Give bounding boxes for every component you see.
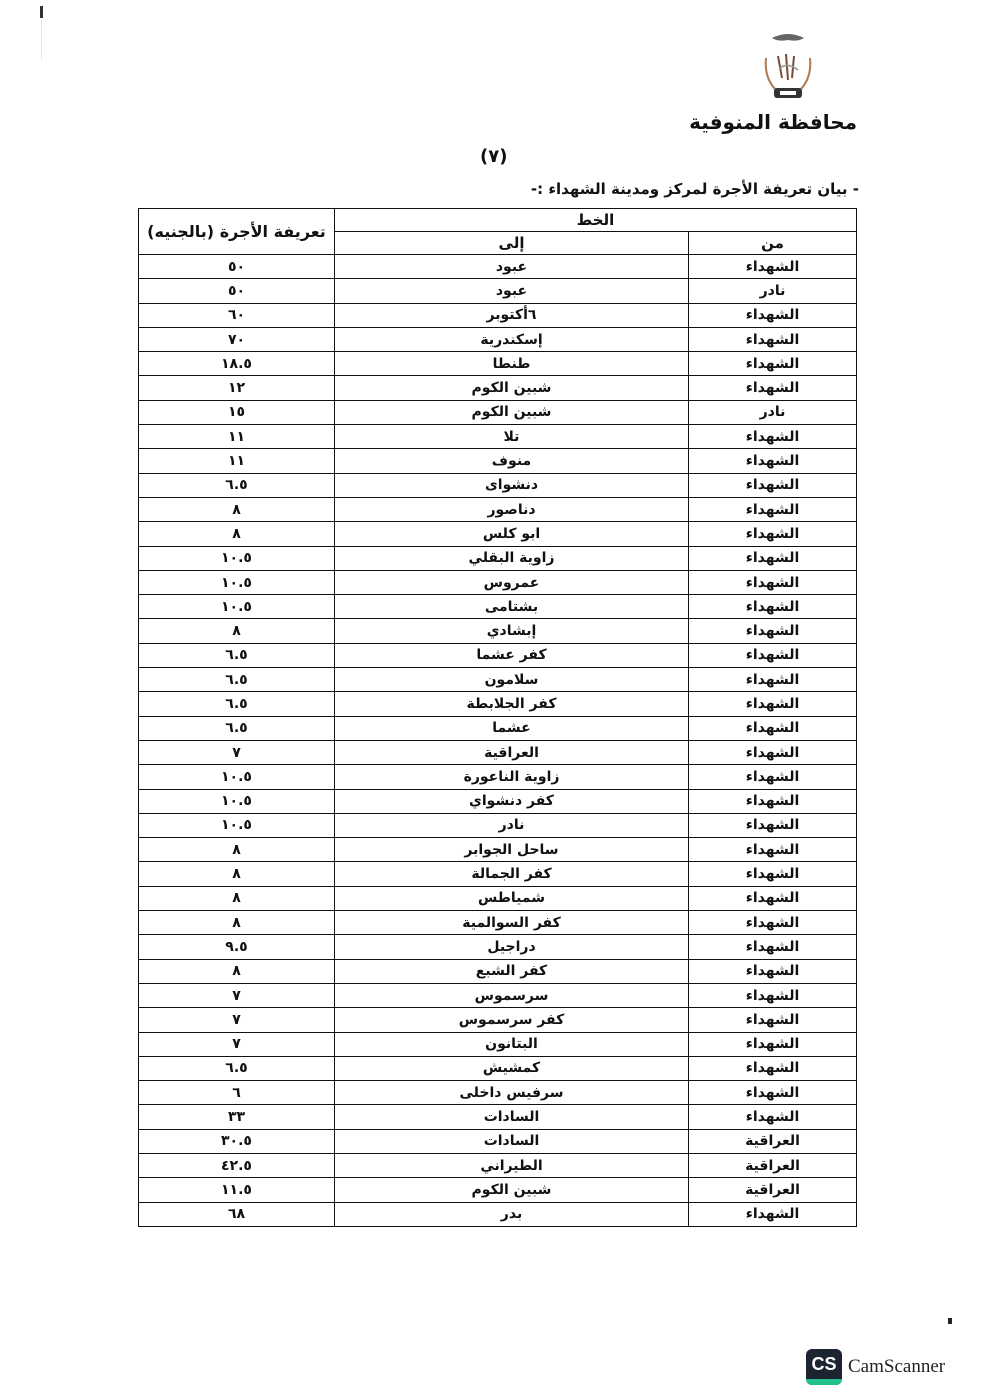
table-row: الشهداءالعراقية٧ [139, 740, 857, 764]
cell-fare: ٣٣ [139, 1105, 335, 1129]
cell-from: الشهداء [689, 838, 857, 862]
cell-fare: ٧ [139, 983, 335, 1007]
cell-to: منوف [335, 449, 689, 473]
cell-to: كفر الشبع [335, 959, 689, 983]
cell-to: سلامون [335, 668, 689, 692]
cell-to: كمشيش [335, 1056, 689, 1080]
table-row: الشهداءعشما٦.٥ [139, 716, 857, 740]
table-row: الشهداءكفر السوالمية٨ [139, 911, 857, 935]
cell-fare: ١٢ [139, 376, 335, 400]
table-row: الشهداءسرسموس٧ [139, 983, 857, 1007]
cell-from: الشهداء [689, 570, 857, 594]
cell-fare: ٧٠ [139, 327, 335, 351]
cell-fare: ٦.٥ [139, 1056, 335, 1080]
governorate-emblem-icon [758, 28, 818, 108]
cell-from: الشهداء [689, 352, 857, 376]
cell-to: إبشادي [335, 619, 689, 643]
page-number: (٧) [480, 146, 507, 167]
cell-from: الشهداء [689, 911, 857, 935]
table-row: الشهداءنادر١٠.٥ [139, 813, 857, 837]
cell-to: عمروس [335, 570, 689, 594]
cell-from: الشهداء [689, 983, 857, 1007]
table-row: الشهداءكفر عشما٦.٥ [139, 643, 857, 667]
cell-from: الشهداء [689, 668, 857, 692]
cell-from: الشهداء [689, 765, 857, 789]
cell-from: الشهداء [689, 473, 857, 497]
cell-fare: ٧ [139, 1008, 335, 1032]
cell-fare: ١٠.٥ [139, 546, 335, 570]
scan-edge-mark [948, 1318, 952, 1324]
scan-edge-mark [40, 6, 43, 18]
camscanner-name: CamScanner [848, 1356, 945, 1378]
cell-from: نادر [689, 400, 857, 424]
table-row: الشهداءعبود٥٠ [139, 255, 857, 279]
table-row: الشهداءسلامون٦.٥ [139, 668, 857, 692]
cell-to: البتانون [335, 1032, 689, 1056]
cell-to: كفر السوالمية [335, 911, 689, 935]
table-row: الشهداءساحل الجوابر٨ [139, 838, 857, 862]
cell-to: سرسموس [335, 983, 689, 1007]
cell-fare: ٥٠ [139, 279, 335, 303]
table-row: الشهداءمنوف١١ [139, 449, 857, 473]
cell-fare: ١١ [139, 449, 335, 473]
cell-fare: ٨ [139, 522, 335, 546]
cell-to: دراجيل [335, 935, 689, 959]
cell-fare: ٨ [139, 959, 335, 983]
table-row: الشهداءالسادات٣٣ [139, 1105, 857, 1129]
cell-to: عشما [335, 716, 689, 740]
cell-to: عبود [335, 279, 689, 303]
cell-to: ساحل الجوابر [335, 838, 689, 862]
table-row: الشهداءطنطا١٨.٥ [139, 352, 857, 376]
cell-fare: ٦٨ [139, 1202, 335, 1226]
table-row: الشهداءبشتامى١٠.٥ [139, 595, 857, 619]
cell-fare: ٦.٥ [139, 716, 335, 740]
cell-to: كفر الجمالة [335, 862, 689, 886]
table-row: الشهداءكفر الجلابطة٦.٥ [139, 692, 857, 716]
cell-fare: ٧ [139, 1032, 335, 1056]
cell-to: شبين الكوم [335, 400, 689, 424]
cell-from: العراقية [689, 1153, 857, 1177]
table-row: الشهداءبدر٦٨ [139, 1202, 857, 1226]
cell-fare: ١٠.٥ [139, 570, 335, 594]
cell-from: الشهداء [689, 959, 857, 983]
cell-fare: ٨ [139, 497, 335, 521]
table-row: الشهداءشبين الكوم١٢ [139, 376, 857, 400]
cell-from: الشهداء [689, 740, 857, 764]
cell-to: شبين الكوم [335, 1178, 689, 1202]
table-row: الشهداءعمروس١٠.٥ [139, 570, 857, 594]
cell-from: الشهداء [689, 1008, 857, 1032]
header-to: إلى [335, 232, 689, 255]
cell-from: الشهداء [689, 1056, 857, 1080]
cell-fare: ٥٠ [139, 255, 335, 279]
table-row: الشهداءكفر الجمالة٨ [139, 862, 857, 886]
table-row: العراقيةشبين الكوم١١.٥ [139, 1178, 857, 1202]
table-row: الشهداءسرفيس داخلى٦ [139, 1081, 857, 1105]
table-body: الشهداءعبود٥٠نادرعبود٥٠الشهداء٦أكتوبر٦٠ا… [139, 255, 857, 1227]
cell-fare: ٣٠.٥ [139, 1129, 335, 1153]
cell-from: الشهداء [689, 862, 857, 886]
cell-from: الشهداء [689, 522, 857, 546]
cell-from: الشهداء [689, 692, 857, 716]
cell-to: كفر عشما [335, 643, 689, 667]
cell-to: بدر [335, 1202, 689, 1226]
cell-fare: ١٠.٥ [139, 789, 335, 813]
document-heading: - بيان تعريفة الأجرة لمركز ومدينة الشهدا… [531, 180, 859, 198]
fare-table: الخط تعريفة الأجرة (بالجنيه) من إلى الشه… [138, 208, 857, 1227]
cell-to: العراقية [335, 740, 689, 764]
cell-fare: ١١.٥ [139, 1178, 335, 1202]
cell-to: عبود [335, 255, 689, 279]
table-row: العراقيةالسادات٣٠.٥ [139, 1129, 857, 1153]
cell-fare: ٦ [139, 1081, 335, 1105]
cell-fare: ٨ [139, 911, 335, 935]
cell-from: الشهداء [689, 327, 857, 351]
cell-from: الشهداء [689, 425, 857, 449]
table-row: الشهداءزاوية البقلي١٠.٥ [139, 546, 857, 570]
table-row: الشهداءكفر دنشواي١٠.٥ [139, 789, 857, 813]
cell-to: كفر الجلابطة [335, 692, 689, 716]
camscanner-logo-icon: CS [806, 1349, 842, 1385]
cell-fare: ٨ [139, 619, 335, 643]
cell-from: الشهداء [689, 619, 857, 643]
cell-to: ابو كلس [335, 522, 689, 546]
cell-from: الشهداء [689, 546, 857, 570]
cell-from: الشهداء [689, 376, 857, 400]
cell-from: الشهداء [689, 497, 857, 521]
cell-to: زاوية الناعورة [335, 765, 689, 789]
cell-from: الشهداء [689, 813, 857, 837]
cell-to: السادات [335, 1105, 689, 1129]
cell-fare: ٨ [139, 862, 335, 886]
cell-to: دنشواى [335, 473, 689, 497]
cell-fare: ١٠.٥ [139, 595, 335, 619]
scan-edge-line [41, 20, 42, 60]
cell-from: الشهداء [689, 935, 857, 959]
cell-fare: ٦.٥ [139, 473, 335, 497]
cell-fare: ٦.٥ [139, 692, 335, 716]
cell-to: إسكندرية [335, 327, 689, 351]
cell-fare: ١٥ [139, 400, 335, 424]
table-row: الشهداءدناصور٨ [139, 497, 857, 521]
cell-to: السادات [335, 1129, 689, 1153]
cell-fare: ٦.٥ [139, 668, 335, 692]
cell-fare: ١٠.٥ [139, 813, 335, 837]
cell-fare: ٩.٥ [139, 935, 335, 959]
cell-to: نادر [335, 813, 689, 837]
table-row: الشهداءتلا١١ [139, 425, 857, 449]
cell-to: دناصور [335, 497, 689, 521]
cell-to: بشتامى [335, 595, 689, 619]
cell-to: كفر دنشواي [335, 789, 689, 813]
cell-from: الشهداء [689, 789, 857, 813]
table-row: الشهداءشمياطس٨ [139, 886, 857, 910]
header-route-group: الخط [335, 209, 857, 232]
cell-from: الشهداء [689, 643, 857, 667]
cell-from: الشهداء [689, 1032, 857, 1056]
header-from: من [689, 232, 857, 255]
cell-to: سرفيس داخلى [335, 1081, 689, 1105]
cell-to: زاوية البقلي [335, 546, 689, 570]
cell-fare: ١٨.٥ [139, 352, 335, 376]
cell-to: تلا [335, 425, 689, 449]
cell-to: شمياطس [335, 886, 689, 910]
table-header-row: الخط تعريفة الأجرة (بالجنيه) [139, 209, 857, 232]
camscanner-watermark: CS CamScanner [806, 1349, 945, 1385]
cell-fare: ٦٠ [139, 303, 335, 327]
table-row: الشهداء٦أكتوبر٦٠ [139, 303, 857, 327]
cell-from: الشهداء [689, 716, 857, 740]
cell-to: الطيراني [335, 1153, 689, 1177]
cell-fare: ٦.٥ [139, 643, 335, 667]
cell-to: طنطا [335, 352, 689, 376]
cell-fare: ٨ [139, 886, 335, 910]
cell-from: الشهداء [689, 449, 857, 473]
table-row: نادرشبين الكوم١٥ [139, 400, 857, 424]
table-row: الشهداءكفر سرسموس٧ [139, 1008, 857, 1032]
cell-from: نادر [689, 279, 857, 303]
table-row: الشهداءكفر الشبع٨ [139, 959, 857, 983]
cell-to: شبين الكوم [335, 376, 689, 400]
cell-from: الشهداء [689, 1105, 857, 1129]
table-row: الشهداءابو كلس٨ [139, 522, 857, 546]
cell-from: الشهداء [689, 255, 857, 279]
cell-from: العراقية [689, 1178, 857, 1202]
cell-to: ٦أكتوبر [335, 303, 689, 327]
cell-from: الشهداء [689, 1202, 857, 1226]
cell-from: الشهداء [689, 1081, 857, 1105]
cell-from: الشهداء [689, 303, 857, 327]
table-row: العراقيةالطيراني٤٢.٥ [139, 1153, 857, 1177]
cell-from: الشهداء [689, 595, 857, 619]
cell-fare: ٨ [139, 838, 335, 862]
table-row: الشهداءإسكندرية٧٠ [139, 327, 857, 351]
cell-fare: ١٠.٥ [139, 765, 335, 789]
table-row: الشهداءالبتانون٧ [139, 1032, 857, 1056]
table-row: الشهداءزاوية الناعورة١٠.٥ [139, 765, 857, 789]
cell-fare: ١١ [139, 425, 335, 449]
table-row: نادرعبود٥٠ [139, 279, 857, 303]
table-row: الشهداءدنشواى٦.٥ [139, 473, 857, 497]
governorate-name: محافظة المنوفية [689, 110, 857, 134]
cell-fare: ٧ [139, 740, 335, 764]
cell-fare: ٤٢.٥ [139, 1153, 335, 1177]
table-row: الشهداءدراجيل٩.٥ [139, 935, 857, 959]
table-row: الشهداءإبشادي٨ [139, 619, 857, 643]
cell-from: الشهداء [689, 886, 857, 910]
header-fare: تعريفة الأجرة (بالجنيه) [139, 209, 335, 255]
cell-from: العراقية [689, 1129, 857, 1153]
cell-to: كفر سرسموس [335, 1008, 689, 1032]
table-row: الشهداءكمشيش٦.٥ [139, 1056, 857, 1080]
